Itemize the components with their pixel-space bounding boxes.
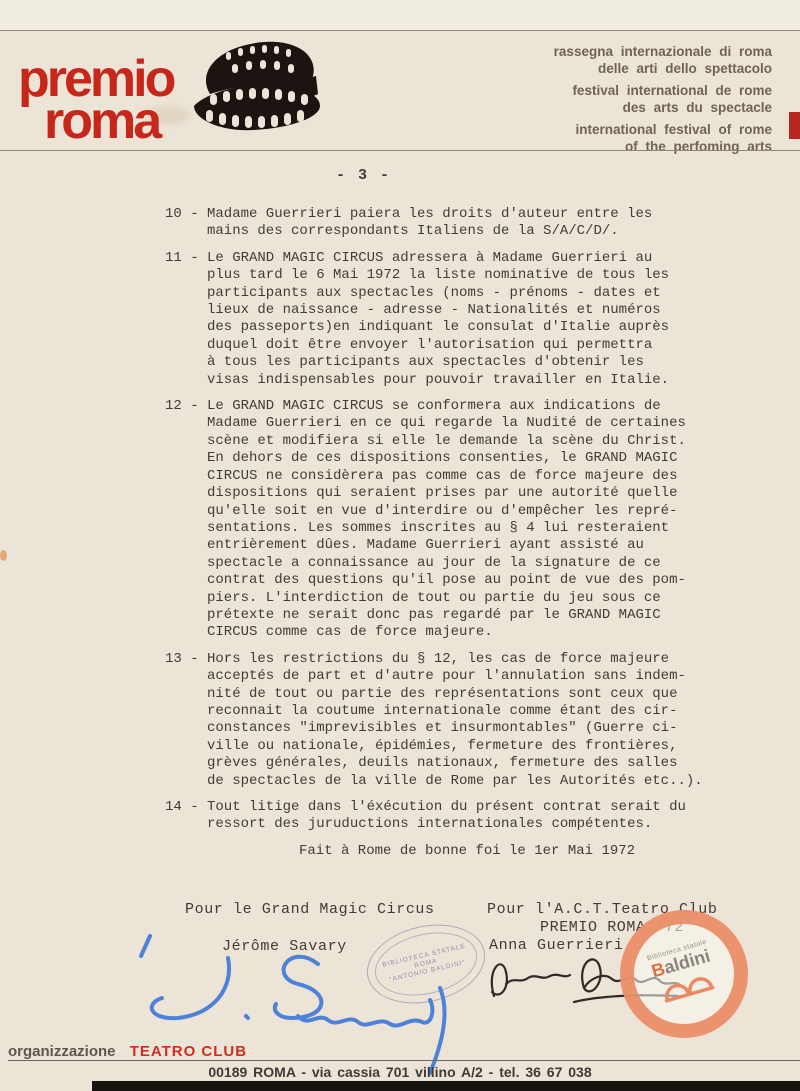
clause-13: 13 - Hors les restrictions du § 12, les … (165, 651, 725, 790)
page-number: - 3 - (336, 167, 391, 184)
tagline-fr-line1: festival international de rome (554, 83, 772, 100)
clause-10: 10 - Madame Guerrieri paiera les droits … (165, 206, 725, 241)
tagline-it-line2: delle arti dello spettacolo (554, 61, 772, 78)
header-top-rule (0, 30, 800, 31)
clause-text: Tout litige dans l'éxécution du présent … (207, 799, 686, 834)
footer-rule (8, 1060, 800, 1061)
header-bottom-rule (0, 150, 800, 151)
clause-11: 11 - Le GRAND MAGIC CIRCUS adressera à M… (165, 250, 725, 389)
colosseum-icon (180, 36, 332, 143)
clause-text: Le GRAND MAGIC CIRCUS se conformera aux … (207, 398, 686, 642)
clause-text: Le GRAND MAGIC CIRCUS adressera à Madame… (207, 250, 669, 389)
scan-edge-bar (92, 1081, 800, 1091)
clause-number: 12 - (165, 398, 207, 642)
clause-12: 12 - Le GRAND MAGIC CIRCUS se conformera… (165, 398, 725, 642)
clause-number: 13 - (165, 651, 207, 790)
page-top-strip (0, 0, 800, 30)
clause-number: 11 - (165, 250, 207, 389)
baldini-library-watermark: Biblioteca statale Baldini (620, 910, 748, 1038)
tagline-it-line1: rassegna internazionale di roma (554, 44, 772, 61)
logo-line-2: roma (44, 100, 173, 142)
scanned-contract-page: { "header": { "logo_line1": "premio", "l… (0, 0, 800, 1091)
footer-organization: organizzazione TEATRO CLUB (8, 1043, 247, 1060)
handwritten-signature-savary (128, 918, 488, 1088)
premio-roma-logo: premio roma (18, 58, 173, 142)
organization-name: TEATRO CLUB (130, 1043, 247, 1060)
red-edge-mark (789, 112, 800, 139)
organization-label: organizzazione (8, 1043, 116, 1060)
contract-body: 10 - Madame Guerrieri paiera les droits … (165, 206, 725, 860)
closing-line: Fait à Rome de bonne foi le 1er Mai 1972 (299, 843, 725, 860)
festival-tagline: rassegna internazionale di roma delle ar… (554, 44, 772, 161)
tagline-fr-line2: des arts du spectacle (554, 100, 772, 117)
tagline-en-line1: international festival of rome (554, 122, 772, 139)
paper-speck (0, 550, 7, 561)
clause-number: 10 - (165, 206, 207, 241)
tagline-en-line2: of the perfoming arts (554, 139, 772, 156)
clause-text: Hors les restrictions du § 12, les cas d… (207, 651, 703, 790)
clause-14: 14 - Tout litige dans l'éxécution du pré… (165, 799, 725, 834)
clause-number: 14 - (165, 799, 207, 834)
clause-text: Madame Guerrieri paiera les droits d'aut… (207, 206, 652, 241)
signature-left-title: Pour le Grand Magic Circus (185, 901, 435, 918)
footer-address: 00189 ROMA - via cassia 701 villino A/2 … (0, 1064, 800, 1080)
